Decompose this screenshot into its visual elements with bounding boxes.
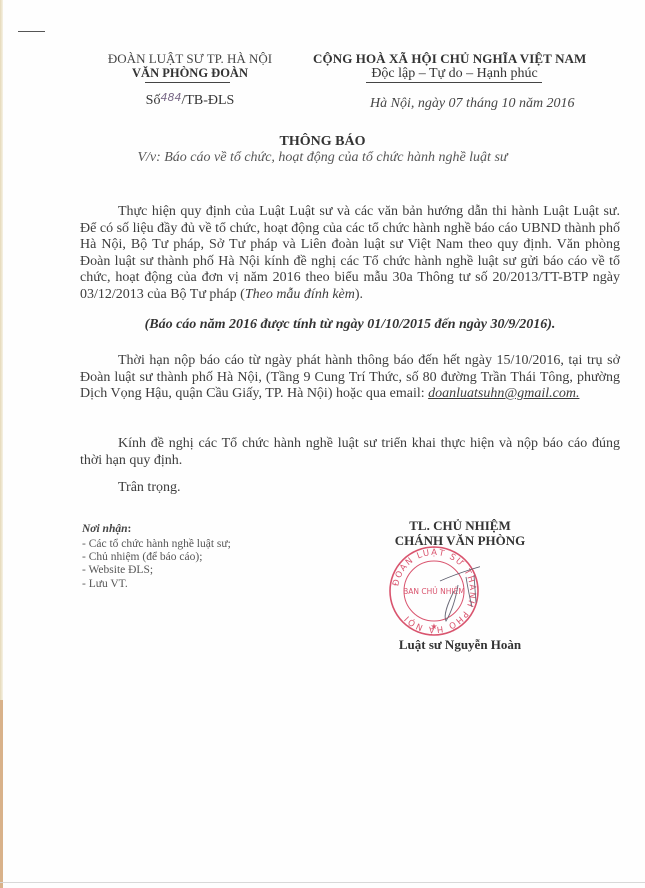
doc-number-prefix: Số: [146, 93, 161, 108]
office-name: VĂN PHÒNG ĐOÀN: [100, 66, 280, 81]
national-motto: Độc lập – Tự do – Hạnh phúc: [313, 66, 596, 82]
motto-underline: [366, 82, 542, 83]
recipients-list: - Các tổ chức hành nghề luật sư; - Chủ n…: [82, 538, 231, 591]
svg-text:BAN CHỦ NHIỆM: BAN CHỦ NHIỆM: [403, 586, 465, 596]
closing-text: Trân trọng.: [118, 480, 645, 497]
scan-edge-lower: [0, 700, 3, 888]
recipient-item: - Chủ nhiệm (để báo cáo);: [82, 551, 231, 564]
paragraph-1-end: ).: [355, 287, 363, 302]
body-paragraph-3: Thời hạn nộp báo cáo từ ngày phát hành t…: [80, 353, 620, 403]
document-subject: V/v: Báo cáo về tổ chức, hoạt động của t…: [0, 150, 645, 166]
body-paragraph-4: Kính đề nghị các Tổ chức hành nghề luật …: [80, 436, 620, 469]
paragraph-1-italic: Theo mẫu đính kèm: [245, 287, 355, 302]
recipient-item: - Website ĐLS;: [82, 564, 231, 577]
recipient-item: - Các tổ chức hành nghề luật sư;: [82, 538, 231, 551]
doc-number-handwritten: 484: [160, 91, 181, 104]
scan-bottom-edge: [0, 882, 645, 883]
office-underline: [145, 82, 230, 83]
body-paragraph-1: Thực hiện quy định của Luật Luật sư và c…: [80, 204, 620, 304]
national-title: CỘNG HOÀ XÃ HỘI CHỦ NGHĨA VIỆT NAM: [313, 51, 586, 67]
corner-mark: [18, 31, 45, 32]
recipients-title: Nơi nhận:: [82, 523, 131, 535]
document-page: ĐOÀN LUẬT SƯ TP. HÀ NỘI VĂN PHÒNG ĐOÀN S…: [0, 0, 645, 888]
official-seal-icon: ĐOÀN LUẬT SƯ THÀNH PHỐ HÀ NỘI BAN CHỦ NH…: [388, 545, 480, 637]
email-link[interactable]: doanluatsuhn@gmail.com.: [428, 386, 579, 401]
body-paragraph-2: (Báo cáo năm 2016 được tính từ ngày 01/1…: [80, 317, 620, 334]
recipients-title-colon: :: [127, 523, 131, 535]
signature-title-1: TL. CHỦ NHIỆM: [360, 518, 560, 534]
doc-number-suffix: /TB-ĐLS: [181, 93, 234, 108]
organization-name: ĐOÀN LUẬT SƯ TP. HÀ NỘI: [100, 51, 280, 67]
paragraph-4-text: Kính đề nghị các Tổ chức hành nghề luật …: [80, 436, 620, 468]
document-title: THÔNG BÁO: [0, 134, 645, 150]
place-date: Hà Nội, ngày 07 tháng 10 năm 2016: [370, 96, 575, 112]
recipient-item: - Lưu VT.: [82, 578, 231, 591]
recipients-title-text: Nơi nhận: [82, 523, 127, 535]
svg-text:★: ★: [430, 622, 437, 631]
document-number: Số484/TB-ĐLS: [100, 91, 280, 109]
signer-name: Luật sư Nguyễn Hoàn: [360, 637, 560, 653]
